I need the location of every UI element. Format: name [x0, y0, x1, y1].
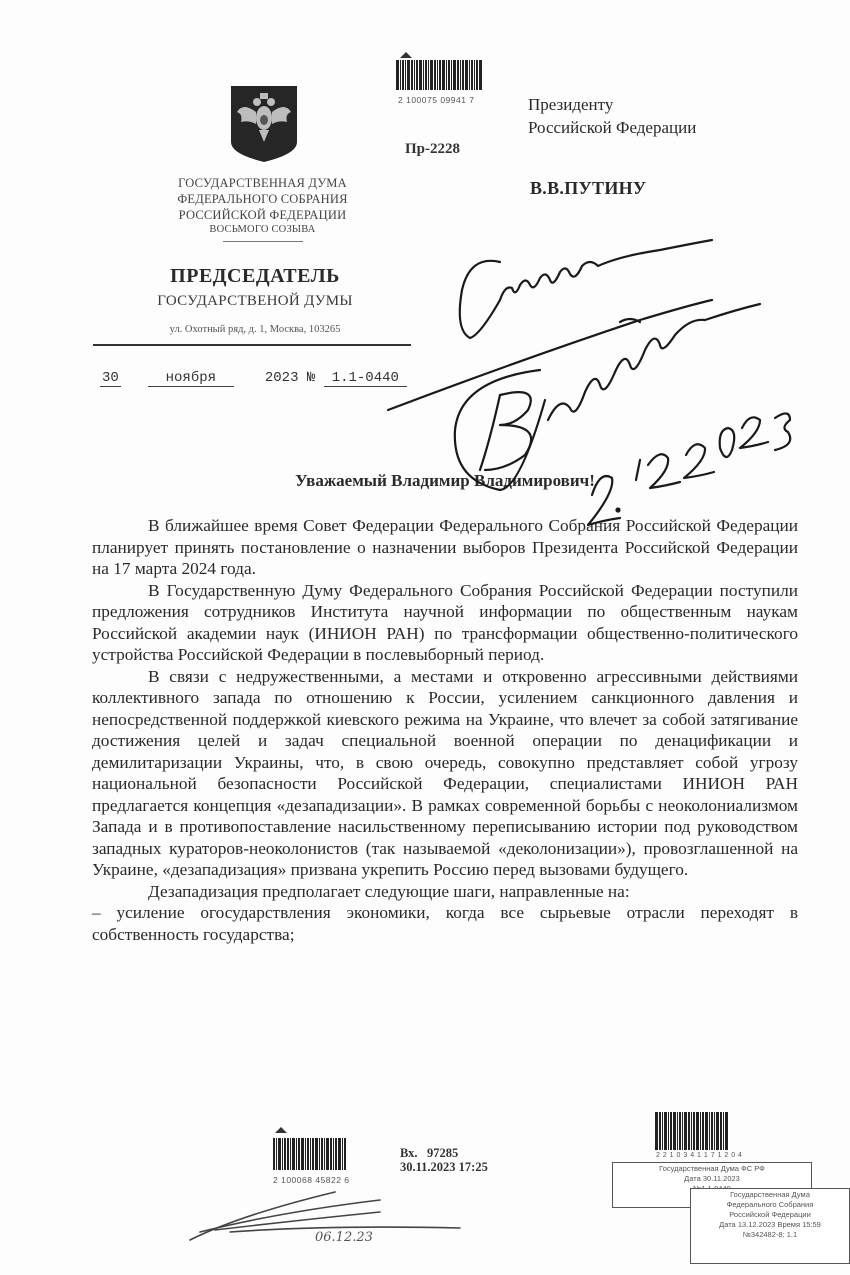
paragraph: В Государственную Думу Федерального Собр…	[92, 580, 798, 666]
stamp-line: Федерального Собрания	[694, 1200, 846, 1210]
reg-year: 2023	[265, 370, 299, 386]
barcode-number: 2 100075 09941 7	[398, 95, 475, 105]
reg-month: ноября	[148, 370, 234, 387]
stamp-line: Российской Федерации	[694, 1210, 846, 1220]
registration-stamp-box: Государственная Дума Федерального Собран…	[690, 1188, 850, 1264]
salutation: Уважаемый Владимир Владимирович!	[90, 471, 800, 491]
document-number: Пр-2228	[405, 141, 460, 158]
barcode-number: 2 100068 45822 6	[273, 1175, 350, 1185]
org-line: восьмого созыва	[120, 223, 405, 237]
organization-block: Государственная Дума Федерального Собран…	[120, 175, 405, 242]
paragraph: Дезападизация предполагает следующие шаг…	[92, 881, 798, 903]
paragraph: В связи с недружественными, а местами и …	[92, 666, 798, 881]
org-line: Федерального Собрания	[120, 191, 405, 207]
paragraph: В ближайшее время Совет Федерации Федера…	[92, 515, 798, 580]
address: ул. Охотный ряд, д. 1, Москва, 103265	[90, 324, 420, 335]
reg-day: 30	[100, 370, 121, 387]
incoming-number: 97285	[427, 1146, 458, 1160]
addressee-line: Президенту	[528, 93, 696, 116]
barcode-icon	[396, 60, 506, 90]
triangle-mark-icon	[400, 52, 412, 58]
reg-number-sign: №	[307, 370, 315, 386]
incoming-datetime: 30.11.2023 17:25	[400, 1160, 488, 1174]
registration-line: 30 ноября 2023 № 1.1-0440	[100, 370, 420, 387]
incoming-label: Вх.	[400, 1146, 418, 1160]
addressee-name: В.В.ПУТИНУ	[530, 178, 646, 199]
document-page: Государственная Дума Федерального Собран…	[0, 0, 850, 1275]
triangle-mark-icon	[275, 1127, 287, 1133]
org-line: Государственная Дума	[120, 175, 405, 191]
header-divider	[93, 344, 411, 346]
org-line: Российской Федерации	[120, 207, 405, 223]
addressee-line: Российской Федерации	[528, 116, 696, 139]
incoming-stamp: Вх. 97285 30.11.2023 17:25	[400, 1146, 488, 1174]
list-item: – усиление огосударствления экономики, к…	[92, 902, 798, 945]
barcode-number: 2 2 1 0 3 4 1 1 7 1 2 0 4	[656, 1152, 742, 1159]
chair-subtitle: ГОСУДАРСТВЕНОЙ ДУМЫ	[90, 293, 420, 310]
handwritten-date: 06.12.23	[315, 1230, 373, 1245]
stamp-line: Государственная Дума ФС РФ	[616, 1164, 808, 1174]
stamp-line: №342482-8; 1.1	[694, 1230, 846, 1240]
letter-body: В ближайшее время Совет Федерации Федера…	[92, 515, 798, 945]
coat-of-arms-icon	[229, 84, 299, 164]
barcode-icon	[655, 1112, 765, 1150]
stamp-line: Дата 13.12.2023 Время 15:59	[694, 1220, 846, 1230]
barcode-icon	[273, 1138, 373, 1170]
divider	[223, 241, 303, 242]
addressee: Президенту Российской Федерации	[528, 93, 696, 139]
stamp-line: Государственная Дума	[694, 1190, 846, 1200]
reg-number: 1.1-0440	[324, 370, 407, 387]
chair-title: ПРЕДСЕДАТЕЛЬ	[90, 265, 420, 288]
stamp-line: Дата 30.11.2023	[616, 1174, 808, 1184]
